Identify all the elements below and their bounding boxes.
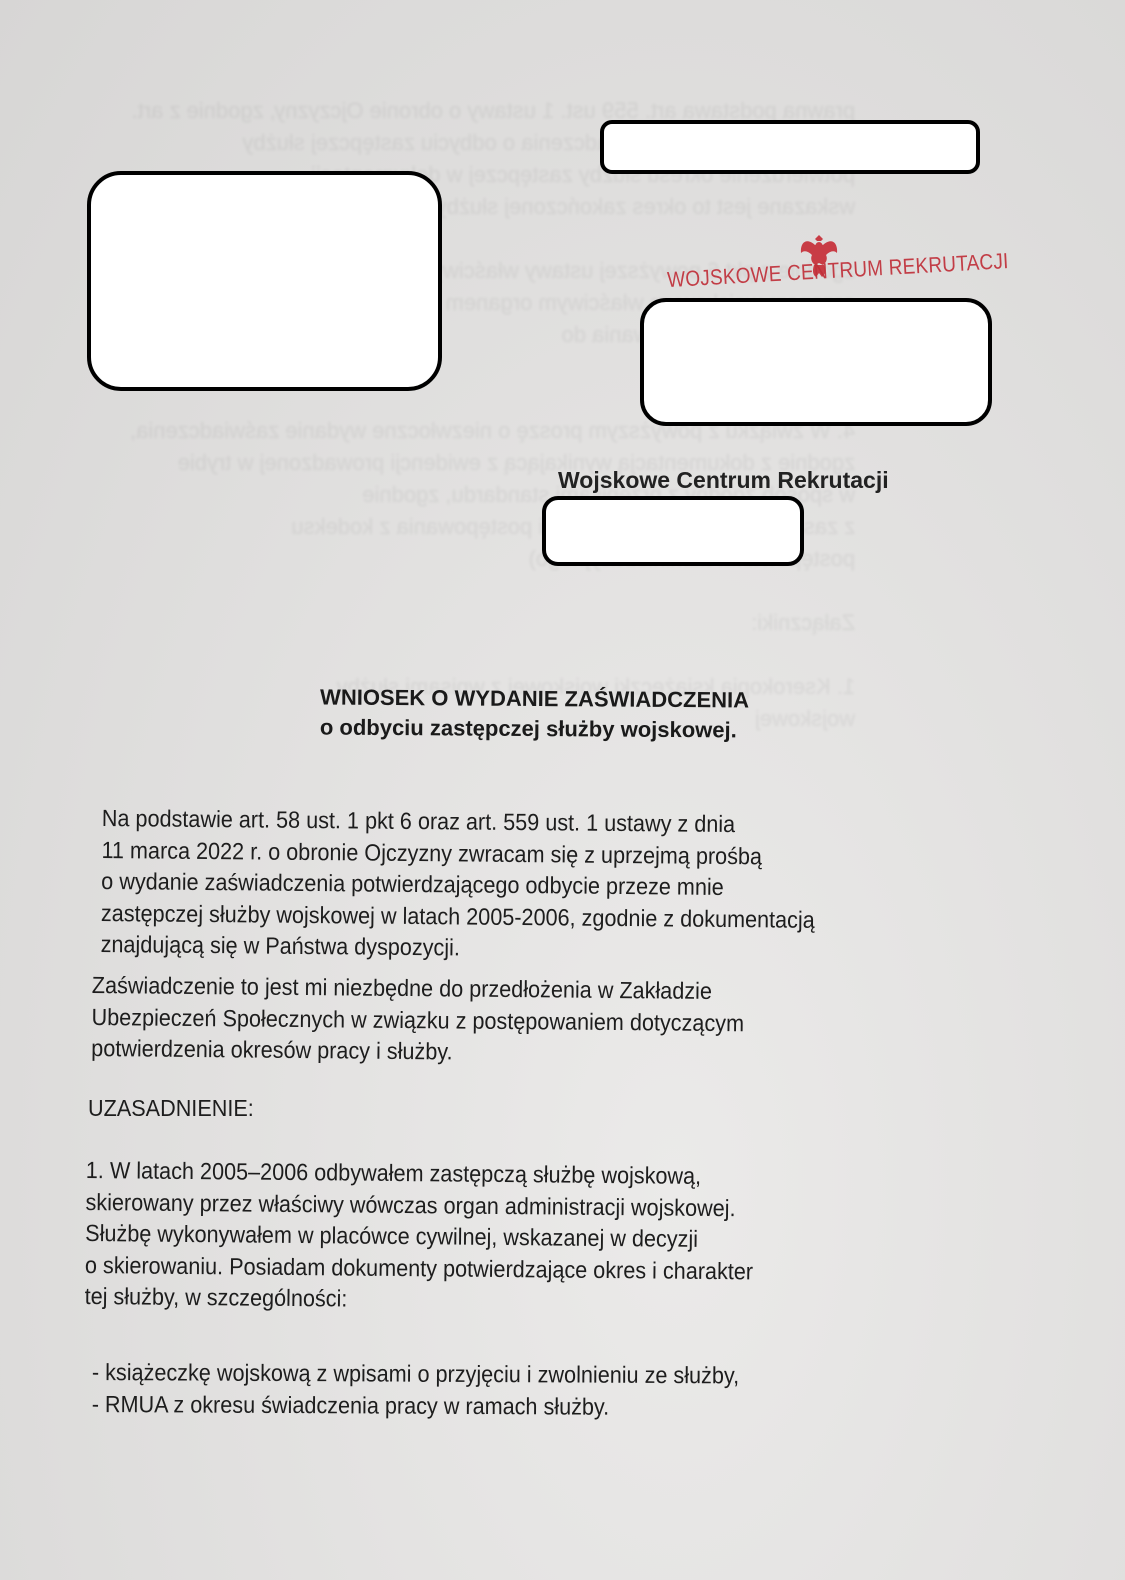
- recipient-name: Wojskowe Centrum Rekrutacji: [558, 467, 889, 494]
- text-line: tej służby, w szczególności:: [84, 1281, 752, 1319]
- redacted-stamp-details: [640, 298, 992, 426]
- redacted-date-place: [600, 120, 980, 174]
- list-item: - książeczkę wojskową z wpisami o przyję…: [92, 1357, 739, 1392]
- title-line-1: WNIOSEK O WYDANIE ZAŚWIADCZENIA: [320, 685, 749, 713]
- documents-list: - książeczkę wojskową z wpisami o przyję…: [92, 1357, 740, 1423]
- text-line: potwierdzenia okresów pracy i służby.: [91, 1033, 744, 1071]
- list-item: - RMUA z okresu świadczenia pracy w rama…: [92, 1388, 739, 1423]
- redacted-recipient-address: [542, 496, 804, 566]
- title-line-2: o odbyciu zastępczej służby wojskowej.: [320, 713, 749, 746]
- justification-point-1: 1. W latach 2005–2006 odbywałem zastępcz…: [84, 1155, 754, 1319]
- document-title: WNIOSEK O WYDANIE ZAŚWIADCZENIA o odbyci…: [320, 683, 749, 746]
- justification-heading: UZASADNIENIE:: [88, 1093, 254, 1125]
- intro-paragraph: Na podstawie art. 58 ust. 1 pkt 6 oraz a…: [100, 803, 815, 967]
- purpose-paragraph: Zaświadczenie to jest mi niezbędne do pr…: [91, 970, 744, 1071]
- redacted-sender-block: [87, 171, 442, 391]
